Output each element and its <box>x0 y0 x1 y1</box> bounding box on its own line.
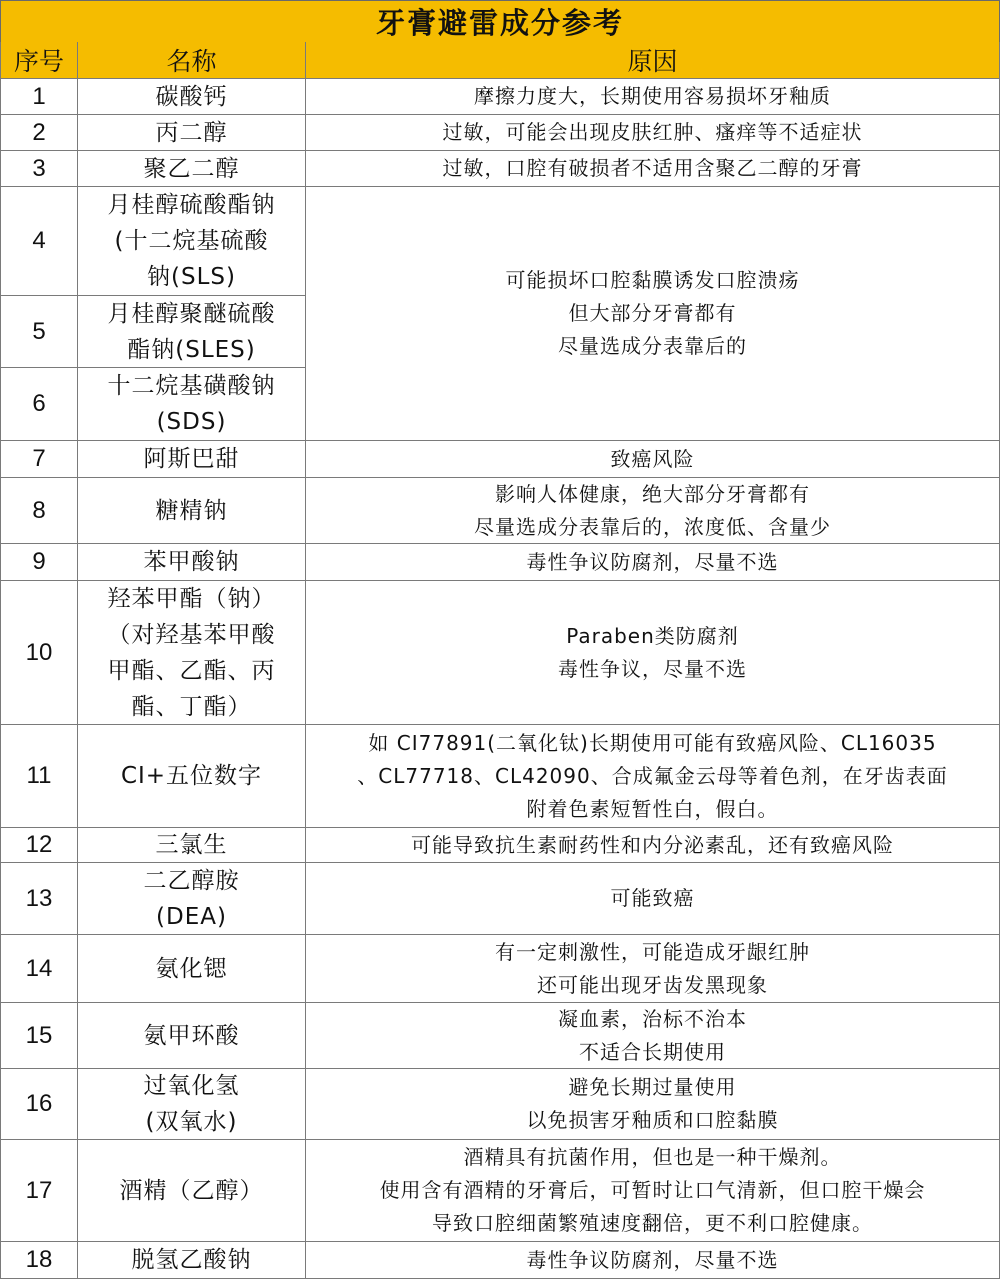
merged-reason-surfactants-line: 可能损坏口腔黏膜诱发口腔溃疡 <box>506 264 800 297</box>
ingredient-name-line: 糖精钠 <box>156 493 228 529</box>
header-name: 名称 <box>78 42 306 79</box>
ingredient-reason-line: 有一定刺激性，可能造成牙龈红肿 <box>495 936 810 969</box>
ingredient-reason-line: 毒性争议，尽量不选 <box>558 653 747 686</box>
ingredient-name-line: 碳酸钙 <box>156 79 228 115</box>
ingredient-name: 氨甲环酸 <box>78 1003 306 1069</box>
ingredient-name-line: 二乙醇胺 <box>144 863 240 899</box>
ingredient-reason-line: 导致口腔细菌繁殖速度翻倍，更不利口腔健康。 <box>432 1207 873 1240</box>
ingredient-reason-line: 过敏，口腔有破损者不适用含聚乙二醇的牙膏 <box>443 152 863 185</box>
ingredient-name-line: 脱氢乙酸钠 <box>132 1242 252 1278</box>
ingredient-name-line: 三氯生 <box>156 827 228 863</box>
ingredient-name-line: CI+五位数字 <box>121 758 262 794</box>
ingredient-reason: 过敏，可能会出现皮肤红肿、瘙痒等不适症状 <box>306 115 1000 151</box>
ingredient-name-line: 过氧化氢 <box>144 1068 240 1104</box>
ingredient-name-line: （对羟基苯甲酸 <box>108 617 276 653</box>
row-index: 9 <box>0 544 78 581</box>
ingredient-name-line: 钠(SLS) <box>147 259 236 295</box>
row-index: 10 <box>0 581 78 725</box>
row-index: 2 <box>0 115 78 151</box>
row-index: 14 <box>0 935 78 1003</box>
ingredient-table: 牙膏避雷成分参考 序号 名称 原因 1碳酸钙摩擦力度大，长期使用容易损坏牙釉质2… <box>0 0 1000 1280</box>
ingredient-reason-line: 毒性争议防腐剂，尽量不选 <box>527 546 779 579</box>
ingredient-reason: 可能导致抗生素耐药性和内分泌素乱，还有致癌风险 <box>306 828 1000 863</box>
ingredient-name-line: 酒精（乙醇） <box>120 1173 264 1209</box>
ingredient-name: 月桂醇聚醚硫酸酯钠(SLES) <box>78 296 306 368</box>
ingredient-name-line: (DEA) <box>156 899 227 935</box>
ingredient-name: 月桂醇硫酸酯钠(十二烷基硫酸钠(SLS) <box>78 187 306 296</box>
ingredient-reason-line: 过敏，可能会出现皮肤红肿、瘙痒等不适症状 <box>443 116 863 149</box>
ingredient-name: 苯甲酸钠 <box>78 544 306 581</box>
row-index: 4 <box>0 187 78 296</box>
ingredient-reason: 有一定刺激性，可能造成牙龈红肿还可能出现牙齿发黑现象 <box>306 935 1000 1003</box>
ingredient-reason: Paraben类防腐剂毒性争议，尽量不选 <box>306 581 1000 725</box>
row-index: 1 <box>0 79 78 115</box>
ingredient-name: 丙二醇 <box>78 115 306 151</box>
row-index: 12 <box>0 828 78 863</box>
ingredient-name-line: (十二烷基硫酸 <box>115 223 269 259</box>
ingredient-name-line: 酯钠(SLES) <box>127 332 256 368</box>
row-index: 8 <box>0 478 78 544</box>
ingredient-name: 糖精钠 <box>78 478 306 544</box>
ingredient-reason: 毒性争议防腐剂，尽量不选 <box>306 1242 1000 1279</box>
ingredient-reason: 摩擦力度大，长期使用容易损坏牙釉质 <box>306 79 1000 115</box>
ingredient-reason-line: 可能致癌 <box>611 882 695 915</box>
ingredient-reason-line: Paraben类防腐剂 <box>566 620 739 653</box>
ingredient-reason: 避免长期过量使用以免损害牙釉质和口腔黏膜 <box>306 1069 1000 1140</box>
ingredient-name-line: 丙二醇 <box>156 115 228 151</box>
row-index: 7 <box>0 441 78 478</box>
ingredient-reason: 毒性争议防腐剂，尽量不选 <box>306 544 1000 581</box>
ingredient-name: 二乙醇胺(DEA) <box>78 863 306 935</box>
ingredient-reason-line: 凝血素，治标不治本 <box>558 1003 747 1036</box>
ingredient-name: 酒精（乙醇） <box>78 1140 306 1242</box>
ingredient-name-line: 月桂醇硫酸酯钠 <box>108 187 276 223</box>
ingredient-name: 氨化锶 <box>78 935 306 1003</box>
ingredient-reason-line: 避免长期过量使用 <box>569 1071 737 1104</box>
row-index: 18 <box>0 1242 78 1279</box>
ingredient-reason-line: 尽量选成分表靠后的，浓度低、含量少 <box>474 511 831 544</box>
ingredient-reason-line: 酒精具有抗菌作用，但也是一种干燥剂。 <box>464 1141 842 1174</box>
ingredient-name-line: 月桂醇聚醚硫酸 <box>108 296 276 332</box>
ingredient-reason-line: 毒性争议防腐剂，尽量不选 <box>527 1244 779 1277</box>
ingredient-name: 三氯生 <box>78 828 306 863</box>
ingredient-name-line: 苯甲酸钠 <box>144 544 240 580</box>
ingredient-reason-line: 可能导致抗生素耐药性和内分泌素乱，还有致癌风险 <box>411 829 894 862</box>
ingredient-name-line: 十二烷基磺酸钠 <box>108 368 276 404</box>
merged-reason-surfactants: 可能损坏口腔黏膜诱发口腔溃疡但大部分牙膏都有尽量选成分表靠后的 <box>306 187 1000 441</box>
ingredient-reason-line: 还可能出现牙齿发黑现象 <box>537 969 768 1002</box>
ingredient-reason-line: 影响人体健康，绝大部分牙膏都有 <box>495 478 810 511</box>
ingredient-reason: 致癌风险 <box>306 441 1000 478</box>
row-index: 16 <box>0 1069 78 1140</box>
ingredient-name-line: 酯、丁酯） <box>132 689 252 725</box>
merged-reason-surfactants-line: 但大部分牙膏都有 <box>569 297 737 330</box>
ingredient-name: 十二烷基磺酸钠(SDS) <box>78 368 306 441</box>
ingredient-reason-line: 使用含有酒精的牙膏后，可暂时让口气清新，但口腔干燥会 <box>380 1174 926 1207</box>
ingredient-reason: 可能致癌 <box>306 863 1000 935</box>
ingredient-name-line: 甲酯、乙酯、丙 <box>108 653 276 689</box>
ingredient-name-line: (SDS) <box>157 404 227 440</box>
ingredient-reason-line: 以免损害牙釉质和口腔黏膜 <box>527 1104 779 1137</box>
row-index: 6 <box>0 368 78 441</box>
row-index: 5 <box>0 296 78 368</box>
ingredient-reason-line: 如 CI77891(二氧化钛)长期使用可能有致癌风险、CL16035 <box>368 727 936 760</box>
row-index: 17 <box>0 1140 78 1242</box>
ingredient-name-line: 阿斯巴甜 <box>144 441 240 477</box>
merged-reason-surfactants-line: 尽量选成分表靠后的 <box>558 330 747 363</box>
ingredient-reason: 凝血素，治标不治本不适合长期使用 <box>306 1003 1000 1069</box>
ingredient-name: 羟苯甲酯（钠）（对羟基苯甲酸甲酯、乙酯、丙酯、丁酯） <box>78 581 306 725</box>
row-index: 13 <box>0 863 78 935</box>
row-index: 3 <box>0 151 78 187</box>
ingredient-name: CI+五位数字 <box>78 725 306 828</box>
ingredient-reason-line: 致癌风险 <box>611 443 695 476</box>
ingredient-name: 阿斯巴甜 <box>78 441 306 478</box>
ingredient-reason-line: 、CL77718、CL42090、合成氟金云母等着色剂，在牙齿表面 <box>357 760 947 793</box>
table-title: 牙膏避雷成分参考 <box>0 0 1000 43</box>
header-index: 序号 <box>0 42 78 79</box>
ingredient-name-line: 聚乙二醇 <box>144 151 240 187</box>
ingredient-reason: 过敏，口腔有破损者不适用含聚乙二醇的牙膏 <box>306 151 1000 187</box>
ingredient-name: 聚乙二醇 <box>78 151 306 187</box>
ingredient-reason-line: 不适合长期使用 <box>579 1036 726 1069</box>
ingredient-reason: 影响人体健康，绝大部分牙膏都有尽量选成分表靠后的，浓度低、含量少 <box>306 478 1000 544</box>
ingredient-reason: 酒精具有抗菌作用，但也是一种干燥剂。使用含有酒精的牙膏后，可暂时让口气清新，但口… <box>306 1140 1000 1242</box>
ingredient-name: 碳酸钙 <box>78 79 306 115</box>
ingredient-name-line: 氨化锶 <box>156 951 228 987</box>
ingredient-reason-line: 附着色素短暂性白，假白。 <box>527 793 779 826</box>
row-index: 15 <box>0 1003 78 1069</box>
ingredient-name-line: 氨甲环酸 <box>144 1018 240 1054</box>
row-index: 11 <box>0 725 78 828</box>
ingredient-reason-line: 摩擦力度大，长期使用容易损坏牙釉质 <box>474 80 831 113</box>
ingredient-name: 过氧化氢(双氧水) <box>78 1069 306 1140</box>
ingredient-name: 脱氢乙酸钠 <box>78 1242 306 1279</box>
ingredient-reason: 如 CI77891(二氧化钛)长期使用可能有致癌风险、CL16035、CL777… <box>306 725 1000 828</box>
ingredient-name-line: 羟苯甲酯（钠） <box>108 581 276 617</box>
ingredient-name-line: (双氧水) <box>146 1104 238 1140</box>
header-reason: 原因 <box>306 42 1000 79</box>
